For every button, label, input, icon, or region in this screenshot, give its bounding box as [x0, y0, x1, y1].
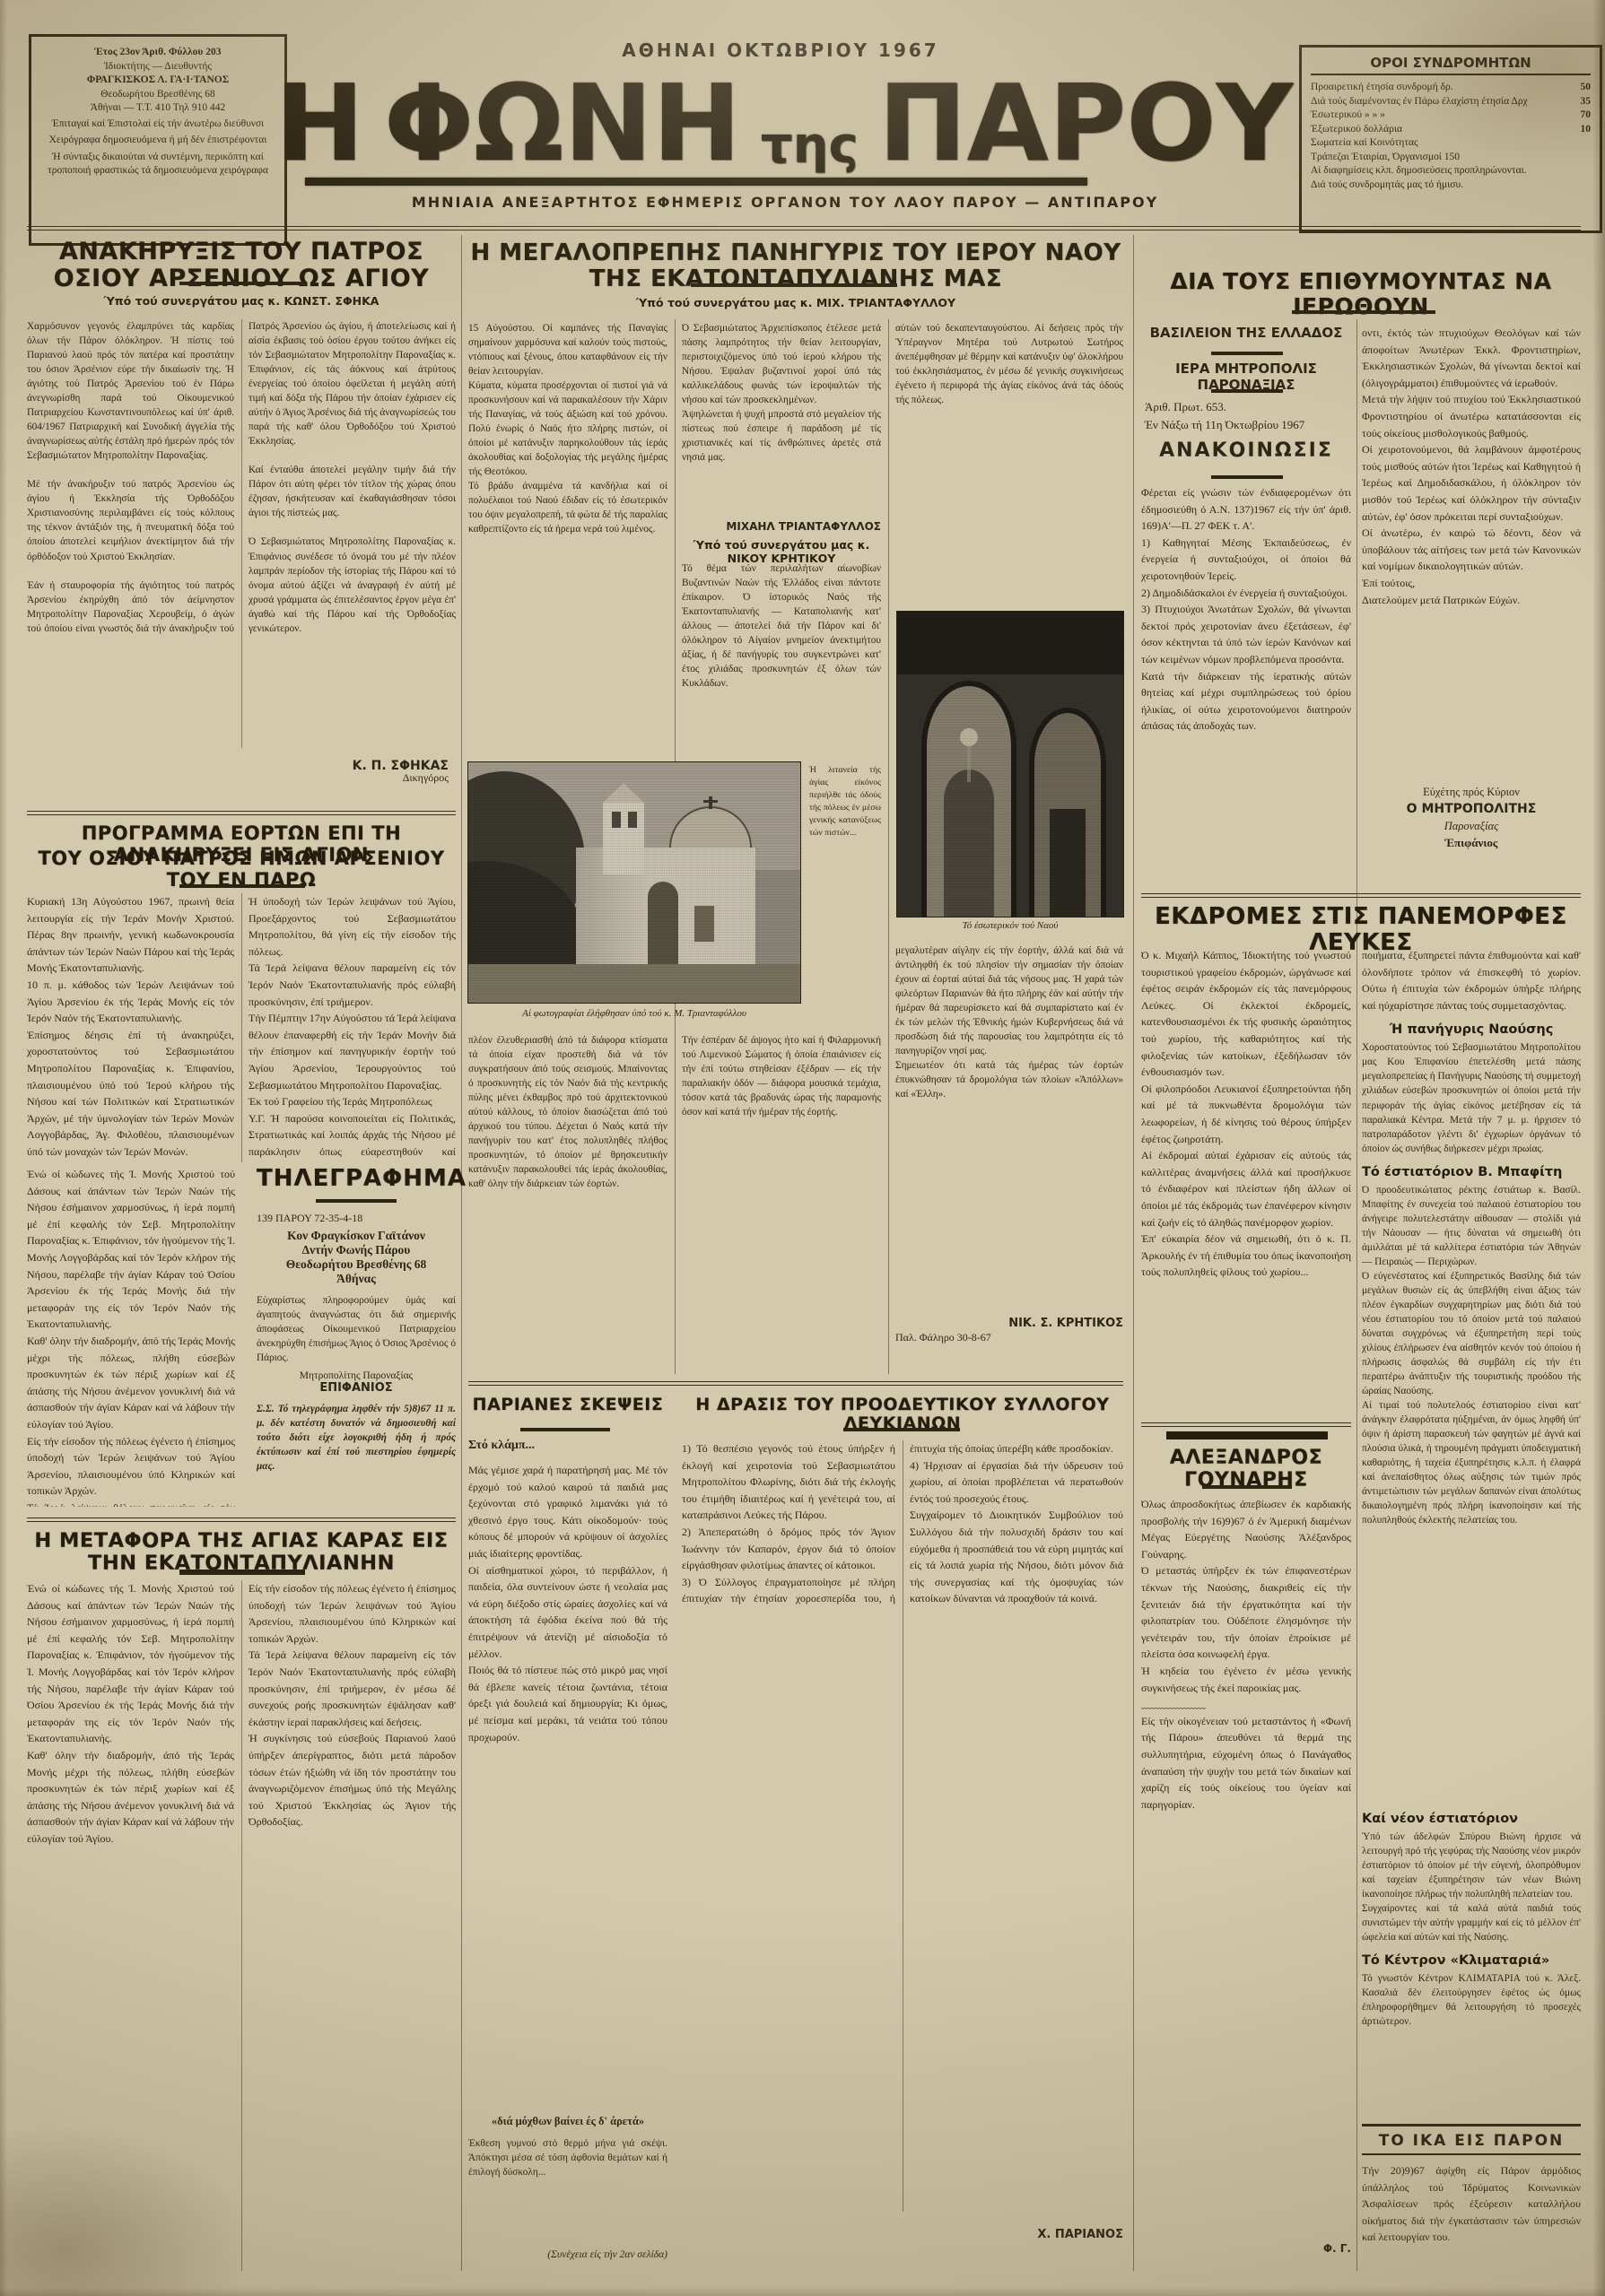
panigyris-col4-top: Ό Σεβασμιώτατος Άρχιεπίσκοπος έτέλεσε με…	[682, 321, 881, 520]
terms-footer2: Τράπεζαι Έταιρίαι, Όργανισμοί 150	[1311, 151, 1591, 165]
title-word-h: Η	[275, 70, 364, 176]
ierothoun-headline-rule	[1292, 310, 1435, 314]
drasis-signature: Χ. ΠΑΡΙΑΝΟΣ	[906, 2228, 1123, 2241]
gounaris-signature: Φ. Γ.	[1141, 2242, 1351, 2255]
title-underline-bar	[305, 178, 1087, 186]
masthead-divider	[27, 226, 1581, 230]
gounaris-headline-rule	[1202, 1485, 1292, 1489]
panigyris-byline-triantafyllou: Ύπό τού συνεργάτου μας κ. ΜΙΧ. ΤΡΙΑΝΤΑΦΥ…	[468, 296, 1123, 309]
gounaris-top-bar	[1166, 1431, 1328, 1439]
programma-body: Κυριακή 13η Αύγούστου 1967, πρωινή θεία …	[27, 893, 456, 1162]
ika-text: Τήν 20)9)67 άφίχθη είς Πάρον άρμόδιος ύπ…	[1362, 2162, 1581, 2246]
right-news-column-2: Καί νέον έστιατόριον Ύπό τών άδελφών Σπύ…	[1362, 1803, 1581, 2117]
anakiryxis-signature-role: Δικηγόρος	[233, 771, 449, 785]
publisher-info-box: Έτος 23ον Άριθ. Φύλλου 203 Ίδιοκτήτης — …	[29, 34, 287, 246]
anakiryxis-byline: Ύπό τού συνεργάτου μας κ. ΚΩΝΣΤ. ΣΦΗΚΑ	[27, 294, 456, 308]
newspaper-title: Η ΦΩΝΗ της ΠΑΡΟΥ	[285, 63, 1283, 176]
editing-note: Ή σύνταξις δικαιούται νά συντέμνη, περικ…	[39, 151, 277, 178]
drasis-body: 1) Τό θεσπέσιο γεγονός τού έτους ύπήρξεν…	[682, 1440, 1123, 2212]
anakiryxis-headline-rule	[179, 282, 305, 285]
ierothoun-metropolis-rule	[1211, 389, 1283, 393]
klimataria-text: Τό γνωστόν Κέντρον ΚΛΙΜΑΤΑΡΙΑ τού κ. Άλε…	[1362, 1971, 1581, 2029]
ierothoun-protocol-number: Άριθ. Πρωτ. 653.	[1145, 400, 1351, 414]
parianes-body: Μάς γέμισε χαρά ή παρατήρησή μας. Μέ τόν…	[468, 1462, 667, 2108]
panigyris-col4-bottom: Τήν έσπέραν δέ άψογος ήτο καί ή Φιλαρμον…	[682, 1033, 881, 1374]
publisher-street: Θεοδωρήτου Βρεσθένης 68	[39, 88, 277, 102]
left-divider-2	[27, 1518, 456, 1522]
panigyris-signature-location: Παλ. Φάληρο 30-8-67	[895, 1331, 1123, 1344]
terms-footer3: Αί διαφημίσεις κλπ. δημοσιεύσεις προπληρ…	[1311, 164, 1591, 178]
manuscripts-note: Χειρόγραφα δημοσιευόμενα ή μή δέν έπιστρ…	[39, 134, 277, 148]
parianes-quote: «διά μόχθων βαίνει ές δ' άρετά»	[468, 2115, 667, 2128]
publisher-name: ΦΡΑΓΚΙΣΚΟΣ Λ. ΓΑ·Ι·ΤΑΝΟΣ	[39, 74, 277, 88]
metafora-headline-rule	[179, 1570, 305, 1575]
ika-headline: ΤΟ ΙΚΑ ΕΙΣ ΠΑΡΟΝ	[1362, 2132, 1581, 2155]
telegram-editor-note: Σ.Σ. Τό τηλεγράφημα ληφθέν τήν 5)8)67 11…	[257, 1402, 456, 1474]
anakiryxis-body: Χαρμόσυνον γεγονός έλαμπρύνει τάς καρδία…	[27, 319, 456, 748]
newspaper-page: { "masthead": { "date_line": "ΑΘΗΝΑΙ ΟΚΤ…	[0, 0, 1605, 2296]
terms-row3-label: Έσωτερικού » » »	[1311, 109, 1385, 123]
title-word-foni: ΦΩΝΗ	[384, 70, 741, 176]
ierothoun-closing-1: Εύχέτης πρός Κύριον	[1362, 786, 1581, 799]
remittances-note: Έπιταγαί καί Έπιστολαί είς τήν άνωτέρω δ…	[39, 117, 277, 132]
exterior-photo-caption: Αί φωτογραφίαι έλήφθησαν ύπό τού κ. Μ. Τ…	[468, 1008, 800, 1019]
terms-row4-value: 10	[1581, 123, 1592, 137]
panigyris-beside-photo: Ή λιτανεία τής άγίας είκόνος περιήλθε τά…	[809, 764, 881, 1001]
panigyris-col3-top: 15 Αύγούστου. Οί καμπάνες τής Παναγίας σ…	[468, 321, 667, 757]
klimataria-subhead: Τό Κέντρον «Κλιματαριά»	[1362, 1953, 1581, 1968]
telegram-signature-role: Μητροπολίτης Παροναξίας	[257, 1370, 456, 1381]
terms-footer1: Σωματεία καί Κοινότητας	[1311, 136, 1591, 151]
issue-number: Έτος 23ον Άριθ. Φύλλου 203	[39, 46, 277, 60]
bafitis-restaurant-subhead: Τό έστιατόριον Β. Μπαφίτη	[1362, 1165, 1581, 1179]
column-rule-center-right	[1133, 235, 1134, 2271]
ierothoun-closing-4: Έπιφάνιος	[1362, 836, 1581, 850]
ierothoun-date: Έν Νάξω τή 11η Όκτωβρίου 1967	[1145, 418, 1351, 432]
center-divider	[468, 1381, 1123, 1386]
gounaris-body: Όλως άπροσδοκήτως άπεβίωσεν έκ καρδιακής…	[1141, 1496, 1351, 2231]
ika-box: ΤΟ ΙΚΑ ΕΙΣ ΠΑΡΟΝ Τήν 20)9)67 άφίχθη είς …	[1362, 2124, 1581, 2279]
terms-row1-label: Προαιρετική έτησία συνδρομή δρ.	[1311, 81, 1453, 95]
parianes-headline-rule	[520, 1428, 610, 1431]
panigyris-col5-top: αύτών τού δεκαπενταυγούστου. Αί δεήσεις …	[895, 321, 1123, 606]
ierothoun-col-a: Φέρεται είς γνώσιν τών ένδιαφερομένων ότ…	[1141, 484, 1351, 888]
right-divider-1	[1141, 893, 1581, 898]
parianes-headline: ΠΑΡΙΑΝΕΣ ΣΚΕΨΕΙΣ	[468, 1396, 667, 1414]
telegram-meta: 139 ΠΑΡΟΥ 72-35-4-18	[257, 1212, 456, 1225]
terms-row2-label: Διά τούς διαμένοντας έν Πάρω έλαχίστη έτ…	[1311, 95, 1528, 109]
telegram-signature: ΕΠΙΦΑΝΙΟΣ	[257, 1381, 456, 1395]
parianes-continuation-note: (Συνέχεια είς τήν 2αν σελίδα)	[468, 2249, 667, 2260]
center-col-rule-2	[888, 319, 889, 1374]
church-exterior-photo	[468, 762, 800, 1003]
terms-row3-value: 70	[1581, 109, 1592, 123]
ierothoun-col-b: οντι, έκτός τών πτυχιούχων Θεολόγων καί …	[1362, 325, 1581, 782]
interior-photo-caption: Τό έσωτερικόν τού Ναού	[897, 920, 1123, 931]
metafora-body: Ένώ οί κώδωνες τής Ί. Μονής Χριστού τού …	[27, 1580, 456, 2271]
bafitis-restaurant-text: Ό προοδευτικώτατος ρέκτης έστιάτωρ κ. Βα…	[1362, 1183, 1581, 1528]
panigyris-col3-bottom: πλέον έλευθεριασθή άπό τά διάφορα κτίσμα…	[468, 1033, 667, 1374]
new-restaurant-subhead: Καί νέον έστιατόριον	[1362, 1812, 1581, 1826]
terms-footer4: Διά τούς συνδρομητάς μας τό ήμισυ.	[1311, 178, 1591, 193]
parianes-body-2: Έκθεση γυμνού στό θερμό μήνα γιά σκέψι. …	[468, 2136, 667, 2244]
ierothoun-closing-3: Παροναξίας	[1362, 820, 1581, 833]
telegram-body: Εύχαρίστως πληροφορούμεν ύμάς καί άγαπητ…	[257, 1293, 456, 1365]
panigyris-signature-kritikos: ΝΙΚ. Σ. ΚΡΗΤΙΚΟΣ	[895, 1317, 1123, 1330]
ierothoun-kingdom: ΒΑΣΙΛΕΙΟΝ ΤΗΣ ΕΛΛΑΔΟΣ	[1141, 325, 1351, 341]
terms-row1-value: 50	[1581, 81, 1592, 95]
ierothoun-metropolis: ΙΕΡΑ ΜΗΤΡΟΠΟΛΙΣ ΠΑΡΟΝΑΞΙΑΣ	[1141, 361, 1351, 393]
ierothoun-announcement-title: ΑΝΑΚΟΙΝΩΣΙΣ	[1141, 439, 1351, 462]
telegram-block: ΤΗΛΕΓΡΑΦΗΜΑ 139 ΠΑΡΟΥ 72-35-4-18 Κον Φρα…	[257, 1166, 456, 1474]
panigyris-col5-bottom: μεγαλυτέραν αίγλην είς τήν έορτήν, άλλά …	[895, 944, 1123, 1306]
ierothoun-closing-2: Ο ΜΗΤΡΟΠΟΛΙΤΗΣ	[1362, 802, 1581, 816]
programma-body-continued: Ένώ οί κώδωνες τής Ί. Μονής Χριστού τού …	[27, 1166, 235, 1507]
terms-row2-value: 35	[1581, 95, 1592, 109]
column-rule-left-center	[461, 235, 462, 2271]
right-col-rule	[1356, 319, 1357, 2271]
title-word-tis: της	[761, 116, 859, 176]
metafora-headline: Η ΜΕΤΑΦΟΡΑ ΤΗΣ ΑΓΙΑΣ ΚΑΡΑΣ ΕΙΣ ΤΗΝ ΕΚΑΤΟ…	[27, 1530, 456, 1575]
publisher-city-phone: Άθήναι — Τ.Τ. 410 Τηλ 910 442	[39, 101, 277, 116]
drasis-headline-rule	[843, 1428, 960, 1431]
parianes-subhead: Στό κλάμπ...	[468, 1439, 667, 1453]
church-interior-photo	[897, 612, 1123, 917]
terms-row4-label: Έξωτερικού δολλάρια	[1311, 123, 1402, 137]
owner-label: Ίδιοκτήτης — Διευθυντής	[39, 60, 277, 74]
ierothoun-kingdom-rule	[1211, 352, 1283, 355]
subtitle: ΜΗΝΙΑΙΑ ΑΝΕΞΑΡΤΗΤΟΣ ΕΦΗΜΕΡΙΣ ΟΡΓΑΝΟΝ ΤΟΥ…	[296, 194, 1274, 211]
ekdromes-col-a: Ό κ. Μιχαήλ Κάππος, Ίδιοκτήτης τού γνωστ…	[1141, 947, 1351, 1417]
naousa-festival-text: Χοροστατούντος τού Σεβασμιωτάτου Μητροπο…	[1362, 1040, 1581, 1155]
title-word-parou: ΠΑΡΟΥ	[878, 70, 1293, 176]
terms-title: ΟΡΟΙ ΣΥΝΔΡΟΜΗΤΩΝ	[1311, 55, 1591, 75]
left-divider-1	[27, 811, 456, 815]
ekdromes-col-b: ποιήματα, έξυπηρετεί πάντα έπιθυμούντα κ…	[1362, 947, 1581, 1013]
naousa-festival-subhead: Ή πανήγυρις Ναούσης	[1362, 1022, 1581, 1037]
panigyris-headline-rule	[691, 283, 897, 287]
panigyris-col4-mid: Τό θέμα τών περιλαλήτων αίωνοβίων Βυζαντ…	[682, 561, 881, 757]
right-divider-2	[1141, 1422, 1351, 1427]
new-restaurant-text: Ύπό τών άδελφών Σπύρου Βιώνη ήρχισε νά λ…	[1362, 1830, 1581, 1944]
ierothoun-announcement-rule	[1211, 475, 1283, 479]
telegram-heading: ΤΗΛΕΓΡΑΦΗΜΑ	[257, 1166, 456, 1192]
telegram-recipient: Κον Φραγκίσκον Γαϊτάνον Δντήν Φωνής Πάρο…	[257, 1229, 456, 1286]
dateline: ΑΘΗΝΑΙ ΟΚΤΩΒΡΙΟΥ 1967	[377, 39, 1184, 61]
subscription-terms-box: ΟΡΟΙ ΣΥΝΔΡΟΜΗΤΩΝ Προαιρετική έτησία συνδ…	[1299, 45, 1602, 233]
panigyris-signature-triantafyllos: ΜΙΧΑΗΛ ΤΡΙΑΝΤΑΦΥΛΛΟΣ	[682, 520, 881, 533]
programma-headline-rule	[179, 884, 305, 888]
